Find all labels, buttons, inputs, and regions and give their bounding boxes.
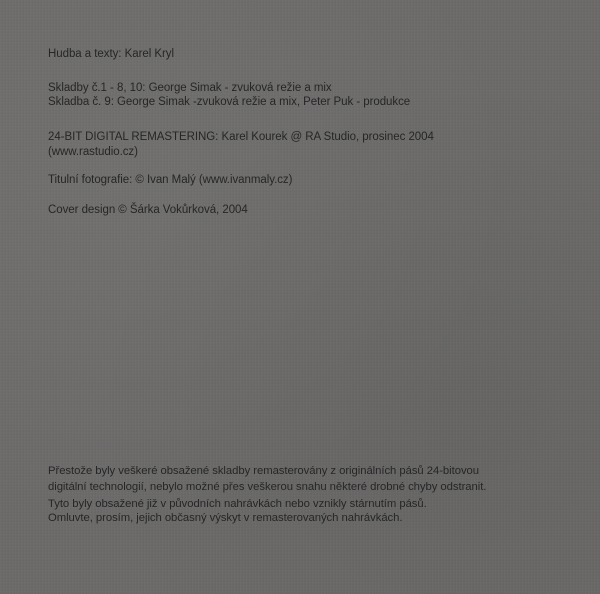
credit-cover-design: Cover design © Šárka Vokůrková, 2004 xyxy=(48,203,248,217)
credit-track-9: Skladba č. 9: George Simak -zvuková reži… xyxy=(48,95,410,109)
disclaimer-line-3: Tyto byly obsažené již v původních nahrá… xyxy=(48,497,427,511)
cd-booklet-page: Hudba a texty: Karel Kryl Skladby č.1 - … xyxy=(0,0,600,594)
credit-remastering-url: (www.rastudio.cz) xyxy=(48,145,138,159)
disclaimer-line-2: digitální technologií, nebylo možné přes… xyxy=(48,480,486,494)
disclaimer-line-4: Omluvte, prosím, jejich občasný výskyt v… xyxy=(48,511,402,525)
credit-remastering: 24-BIT DIGITAL REMASTERING: Karel Kourek… xyxy=(48,130,434,144)
disclaimer-line-1: Přestože byly veškeré obsažené skladby r… xyxy=(48,464,479,478)
credit-music-lyrics: Hudba a texty: Karel Kryl xyxy=(48,47,174,61)
credit-tracks-1-8-10: Skladby č.1 - 8, 10: George Simak - zvuk… xyxy=(48,81,332,95)
credit-cover-photo: Titulní fotografie: © Ivan Malý (www.iva… xyxy=(48,173,292,187)
